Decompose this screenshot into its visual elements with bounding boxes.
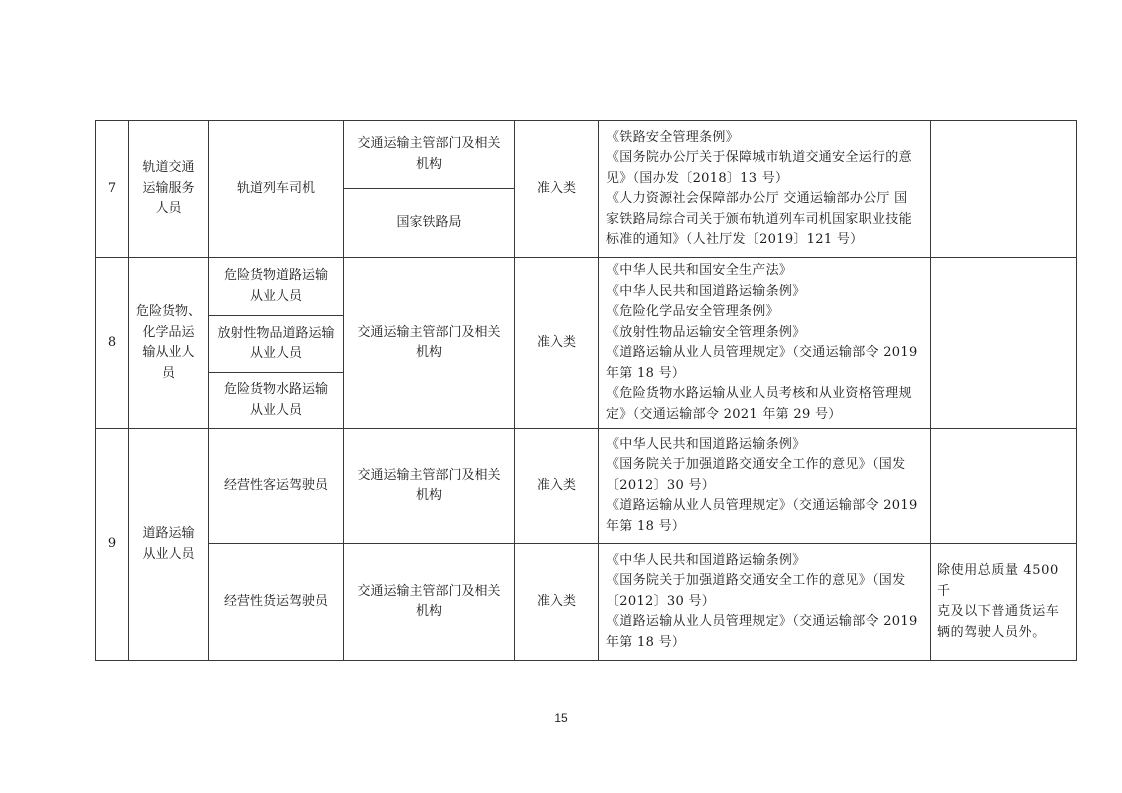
- note-cell: [931, 429, 1077, 544]
- qualification-table: 7 轨道交通 运输服务 人员 轨道列车司机 交通运输主管部门及相关 机构 准入类…: [95, 120, 1077, 661]
- table-row-7: 7 轨道交通 运输服务 人员 轨道列车司机 交通运输主管部门及相关 机构 准入类…: [96, 121, 1077, 189]
- basis-cell: 《中华人民共和国安全生产法》 《中华人民共和国道路运输条例》 《危险化学品安全管…: [599, 258, 931, 429]
- row-number: 7: [96, 121, 129, 258]
- occupation-cell: 放射性物品道路运输 从业人员: [209, 316, 344, 373]
- type-cell: 准入类: [515, 429, 599, 544]
- note-cell: [931, 121, 1077, 258]
- category-cell: 轨道交通 运输服务 人员: [129, 121, 209, 258]
- row-number: 8: [96, 258, 129, 429]
- authority-cell: 交通运输主管部门及相关 机构: [344, 544, 515, 661]
- occupation-cell: 经营性客运驾驶员: [209, 429, 344, 544]
- page-number: 15: [0, 711, 1122, 725]
- note-cell: [931, 258, 1077, 429]
- authority-cell: 交通运输主管部门及相关 机构: [344, 429, 515, 544]
- basis-cell: 《铁路安全管理条例》 《国务院办公厅关于保障城市轨道交通安全运行的意 见》（国办…: [599, 121, 931, 258]
- authority-cell: 交通运输主管部门及相关 机构: [344, 121, 515, 189]
- type-cell: 准入类: [515, 258, 599, 429]
- note-cell: 除使用总质量 4500 千 克及以下普通货运车 辆的驾驶人员外。: [931, 544, 1077, 661]
- type-cell: 准入类: [515, 544, 599, 661]
- occupation-cell: 危险货物道路运输 从业人员: [209, 258, 344, 316]
- category-cell: 危险货物、 化学品运 输从业人 员: [129, 258, 209, 429]
- authority-cell: 国家铁路局: [344, 189, 515, 258]
- occupation-cell: 经营性货运驾驶员: [209, 544, 344, 661]
- category-cell: 道路运输 从业人员: [129, 429, 209, 661]
- table-row-9-sub: 经营性货运驾驶员 交通运输主管部门及相关 机构 准入类 《中华人民共和国道路运输…: [96, 544, 1077, 661]
- authority-cell: 交通运输主管部门及相关 机构: [344, 258, 515, 429]
- occupation-cell: 轨道列车司机: [209, 121, 344, 258]
- table-row-9: 9 道路运输 从业人员 经营性客运驾驶员 交通运输主管部门及相关 机构 准入类 …: [96, 429, 1077, 544]
- row-number: 9: [96, 429, 129, 661]
- occupation-cell: 危险货物水路运输 从业人员: [209, 373, 344, 429]
- basis-cell: 《中华人民共和国道路运输条例》 《国务院关于加强道路交通安全工作的意见》（国发 …: [599, 429, 931, 544]
- basis-cell: 《中华人民共和国道路运输条例》 《国务院关于加强道路交通安全工作的意见》（国发 …: [599, 544, 931, 661]
- table-row-8: 8 危险货物、 化学品运 输从业人 员 危险货物道路运输 从业人员 交通运输主管…: [96, 258, 1077, 316]
- type-cell: 准入类: [515, 121, 599, 258]
